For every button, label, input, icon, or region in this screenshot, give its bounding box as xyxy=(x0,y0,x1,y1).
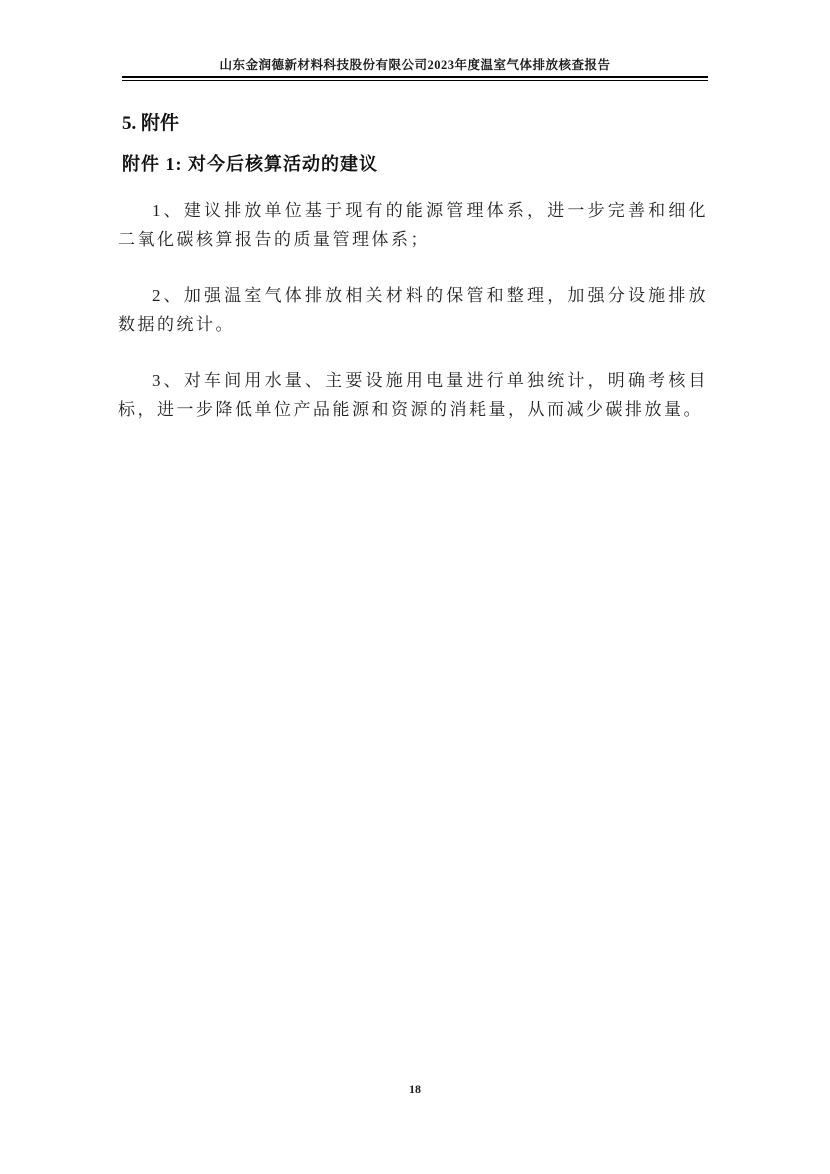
attachment-heading: 附件 1: 对今后核算活动的建议 xyxy=(122,150,378,176)
page-number: 18 xyxy=(0,1082,830,1097)
section-heading: 5. 附件 xyxy=(122,108,179,135)
suggestion-paragraph-1: 1、建议排放单位基于现有的能源管理体系，进一步完善和细化二氧化碳核算报告的质量管… xyxy=(118,196,708,254)
header-divider-line xyxy=(122,76,708,81)
body-text-block: 1、建议排放单位基于现有的能源管理体系，进一步完善和细化二氧化碳核算报告的质量管… xyxy=(118,196,708,451)
suggestion-paragraph-2: 2、加强温室气体排放相关材料的保管和整理，加强分设施排放数据的统计。 xyxy=(118,281,708,339)
report-header-title: 山东金润德新材料科技股份有限公司2023年度温室气体排放核查报告 xyxy=(0,55,830,73)
document-page: 山东金润德新材料科技股份有限公司2023年度温室气体排放核查报告 5. 附件 附… xyxy=(0,0,830,1174)
suggestion-paragraph-3: 3、对车间用水量、主要设施用电量进行单独统计，明确考核目标，进一步降低单位产品能… xyxy=(118,366,708,424)
